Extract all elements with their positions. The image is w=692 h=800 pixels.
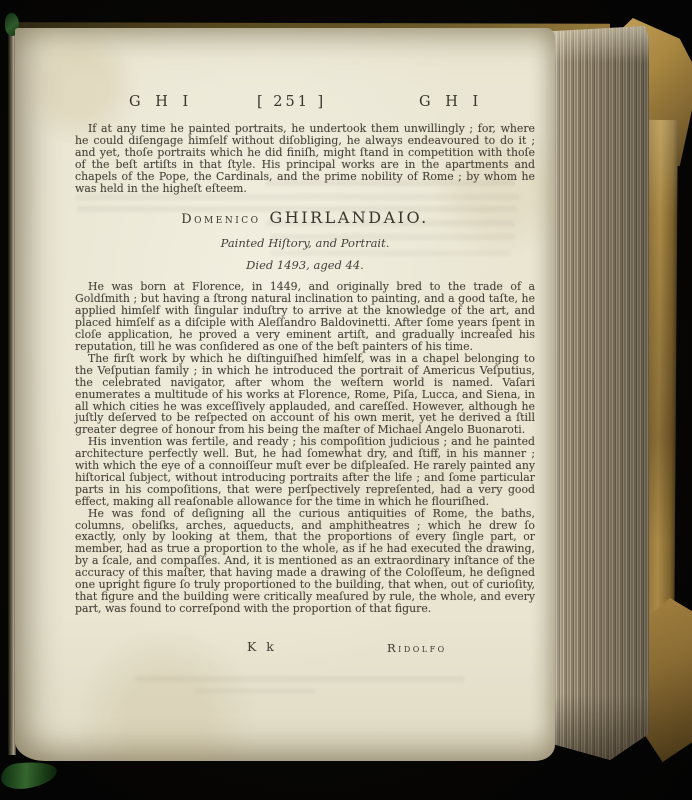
paragraph: The firſt work by which he diſtinguiſhed… [75,353,535,436]
intro-paragraph: If at any time he painted portraits, he … [75,123,535,194]
book-page: G H I [ 251 ] G H I If at any time he pa… [15,28,555,761]
page-number: [ 251 ] [257,94,326,110]
show-through-mark [135,676,465,682]
cover-corner-bottom-right [643,598,692,762]
entry-death-line: Died 1493, aged 44. [75,258,535,272]
paragraph: He was born at Florence, in 1449, and or… [75,281,535,352]
entry-heading: DomenicoGhirlandaio. [75,208,535,227]
text-block: G H I [ 251 ] G H I If at any time he pa… [75,28,535,655]
running-header-right: G H I [419,94,483,110]
show-through-mark [195,688,315,694]
signature-mark: K k [247,639,277,654]
binding-corner-bottom-left [0,759,58,792]
paragraph: His invention was fertile, and ready ; h… [75,436,535,507]
running-header: G H I [ 251 ] G H I [75,94,535,110]
entry-first-name: Domenico [181,212,260,227]
paragraph: He was fond of deſigning all the curious… [75,508,535,615]
entry-subtitle: Painted Hiſtory, and Portrait. [75,236,535,250]
fore-edge-pages [552,26,649,760]
running-header-left: G H I [129,94,193,110]
page-footer: K k Ridolfo [75,639,535,655]
entry-surname: Ghirlandaio. [270,208,429,227]
scanned-book-photo: G H I [ 251 ] G H I If at any time he pa… [0,0,692,800]
body-paragraphs: He was born at Florence, in 1449, and or… [75,281,535,614]
catchword: Ridolfo [387,641,447,655]
